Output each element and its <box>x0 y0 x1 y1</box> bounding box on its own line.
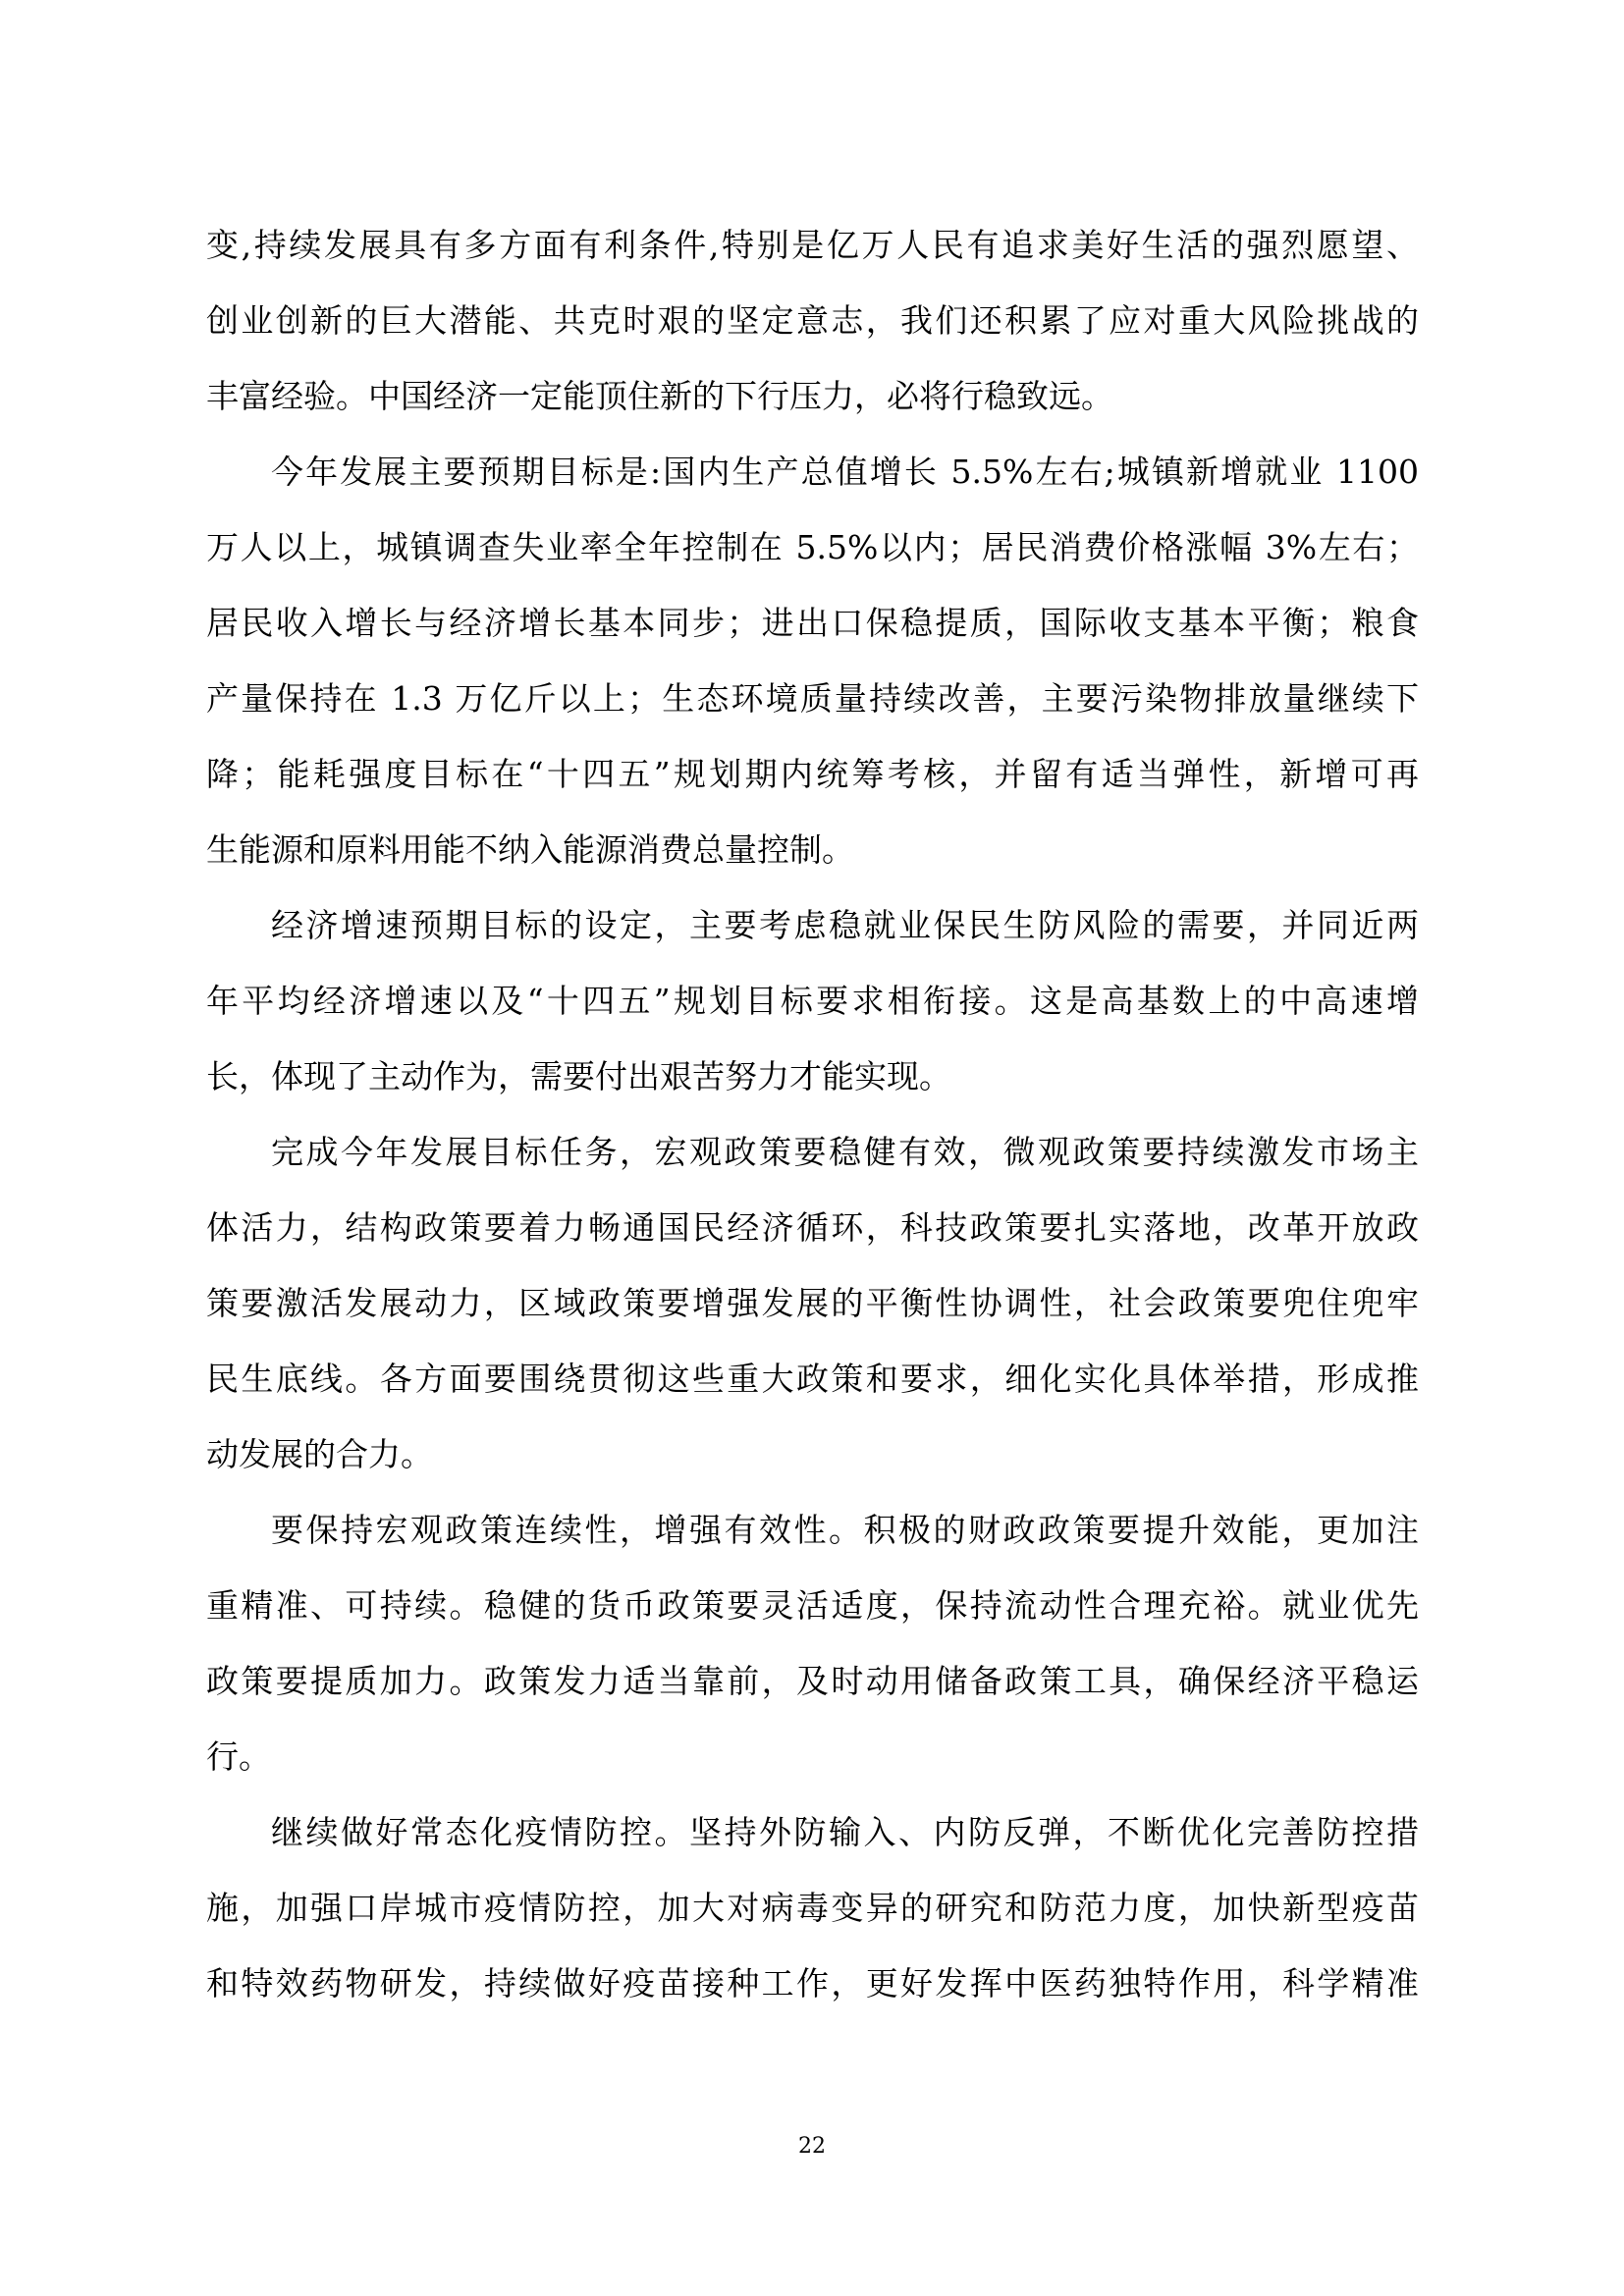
text-line: 动发展的合力。 <box>206 1416 1419 1492</box>
text-line: 施，加强口岸城市疫情防控，加大对病毒变异的研究和防范力度，加快新型疫苗 <box>206 1870 1419 1946</box>
text-line: 丰富经验。中国经济一定能顶住新的下行压力，必将行稳致远。 <box>206 358 1419 434</box>
text-line: 产量保持在 1.3 万亿斤以上；生态环境质量持续改善，主要污染物排放量继续下 <box>206 661 1419 736</box>
text-line: 和特效药物研发，持续做好疫苗接种工作，更好发挥中医药独特作用，科学精准 <box>206 1946 1419 2021</box>
text-line: 经济增速预期目标的设定，主要考虑稳就业保民生防风险的需要，并同近两 <box>206 887 1419 963</box>
text-line: 行。 <box>206 1719 1419 1794</box>
text-line: 政策要提质加力。政策发力适当靠前，及时动用储备政策工具，确保经济平稳运 <box>206 1643 1419 1719</box>
text-line: 生能源和原料用能不纳入能源消费总量控制。 <box>206 812 1419 887</box>
text-line: 创业创新的巨大潜能、共克时艰的坚定意志，我们还积累了应对重大风险挑战的 <box>206 283 1419 358</box>
text-line: 万人以上，城镇调查失业率全年控制在 5.5%以内；居民消费价格涨幅 3%左右； <box>206 509 1419 585</box>
text-line: 民生底线。各方面要围绕贯彻这些重大政策和要求，细化实化具体举措，形成推 <box>206 1341 1419 1416</box>
text-line: 年平均经济增速以及“十四五”规划目标要求相衔接。这是高基数上的中高速增 <box>206 963 1419 1039</box>
text-line: 完成今年发展目标任务，宏观政策要稳健有效，微观政策要持续激发市场主 <box>206 1114 1419 1190</box>
text-line: 策要激活发展动力，区域政策要增强发展的平衡性协调性，社会政策要兜住兜牢 <box>206 1265 1419 1341</box>
document-page: 变,持续发展具有多方面有利条件,特别是亿万人民有追求美好生活的强烈愿望、创业创新… <box>0 0 1624 2296</box>
text-line: 要保持宏观政策连续性，增强有效性。积极的财政政策要提升效能，更加注 <box>206 1492 1419 1568</box>
document-body: 变,持续发展具有多方面有利条件,特别是亿万人民有追求美好生活的强烈愿望、创业创新… <box>206 207 1419 2021</box>
page-number: 22 <box>0 2132 1624 2162</box>
text-line: 降；能耗强度目标在“十四五”规划期内统筹考核，并留有适当弹性，新增可再 <box>206 736 1419 812</box>
text-line: 今年发展主要预期目标是:国内生产总值增长 5.5%左右;城镇新增就业 1100 <box>206 434 1419 509</box>
text-line: 变,持续发展具有多方面有利条件,特别是亿万人民有追求美好生活的强烈愿望、 <box>206 207 1419 283</box>
text-line: 长，体现了主动作为，需要付出艰苦努力才能实现。 <box>206 1039 1419 1114</box>
text-line: 继续做好常态化疫情防控。坚持外防输入、内防反弹，不断优化完善防控措 <box>206 1794 1419 1870</box>
text-line: 体活力，结构政策要着力畅通国民经济循环，科技政策要扎实落地，改革开放政 <box>206 1190 1419 1265</box>
text-line: 重精准、可持续。稳健的货币政策要灵活适度，保持流动性合理充裕。就业优先 <box>206 1568 1419 1643</box>
text-line: 居民收入增长与经济增长基本同步；进出口保稳提质，国际收支基本平衡；粮食 <box>206 585 1419 661</box>
